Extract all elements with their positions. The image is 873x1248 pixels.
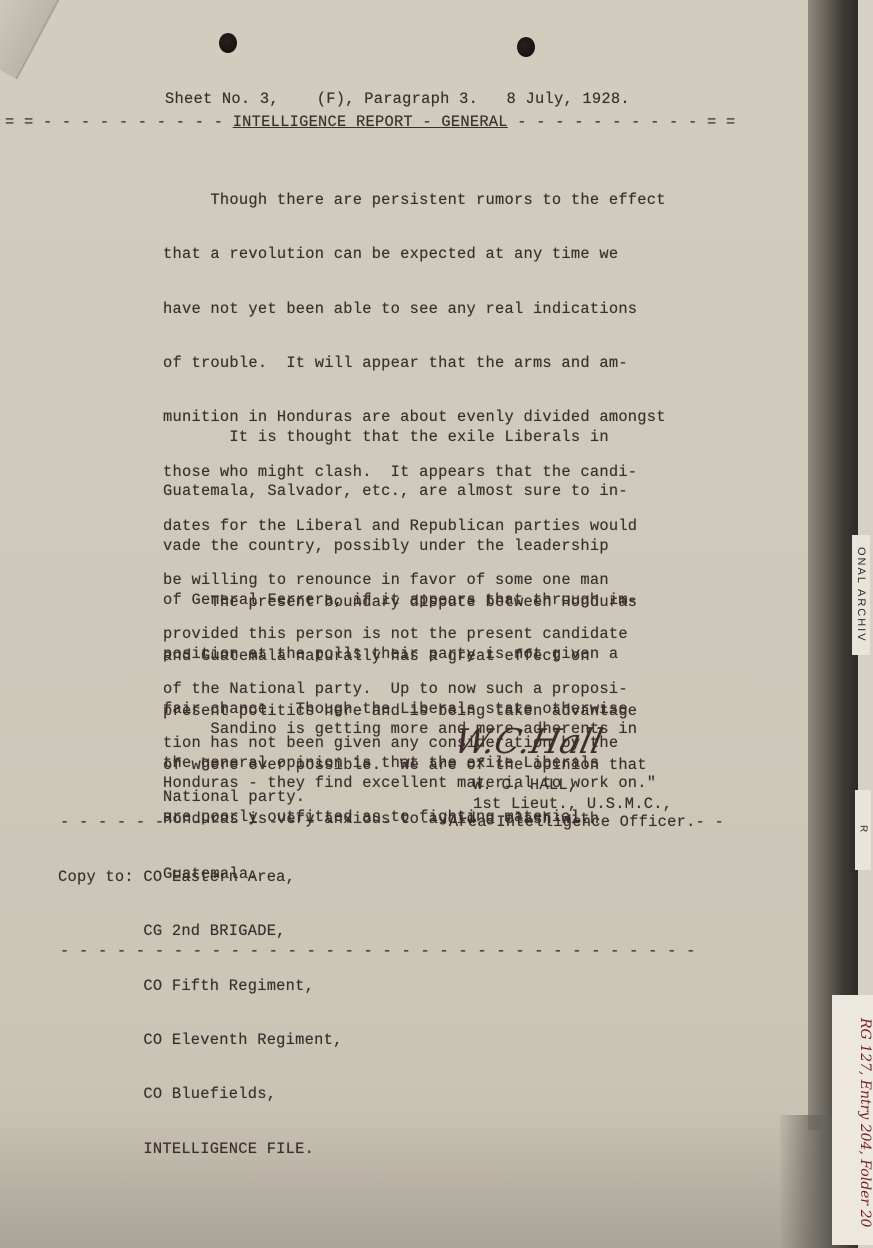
report-title-row: = = - - - - - - - - - - INTELLIGENCE REP… (5, 113, 735, 131)
copy-recipient: CO Eleventh Regiment, (58, 1031, 343, 1049)
bottom-rule: - - - - - - - - - - - - - - - - - - - - … (60, 942, 696, 960)
archive-stamp-label: ONAL ARCHIV (852, 535, 870, 655)
binder-edge (808, 0, 858, 1130)
punch-hole-icon (219, 33, 237, 53)
text-line: Guatemala, Salvador, etc., are almost su… (163, 482, 637, 500)
archive-stamp-label-lower: R (855, 790, 871, 870)
page-fold (0, 0, 59, 79)
report-title: INTELLIGENCE REPORT - GENERAL (233, 113, 508, 131)
handwritten-signature: W.C.Hall (451, 722, 607, 762)
archive-citation-note: RG 127, Entry 204, Folder 20 (832, 995, 873, 1245)
section-ref: (F), Paragraph 3. (317, 90, 478, 108)
signatory-office: - - - - - - - - - - - - - - - - - - - - … (60, 813, 724, 831)
text-line: Honduras - they find excellent material … (163, 774, 656, 792)
text-line: that a revolution can be expected at any… (163, 245, 666, 263)
text-line: vade the country, possibly under the lea… (163, 537, 637, 555)
text-line: and Guatemala naturally has a great effe… (163, 647, 647, 665)
copy-recipient: CO Fifth Regiment, (58, 977, 343, 995)
title-rule-right: - - - - - - - - - - = = (517, 113, 735, 131)
text-line: The present boundary dispute between Hon… (163, 593, 647, 611)
report-date: 8 July, 1928. (507, 90, 630, 108)
signatory-rank: 1st Lieut., U.S.M.C., (473, 795, 672, 813)
text-line: have not yet been able to see any real i… (163, 300, 666, 318)
copy-recipient: INTELLIGENCE FILE. (58, 1140, 343, 1158)
title-rule-left: = = - - - - - - - - - - (5, 113, 223, 131)
copy-recipient: CO Bluefields, (58, 1085, 343, 1103)
sheet-header: Sheet No. 3, (F), Paragraph 3. 8 July, 1… (165, 90, 630, 108)
copy-to-list: Copy to: CO Eastern Area, CG 2nd BRIGADE… (58, 832, 343, 1194)
signatory-name: W. C. HALL, (473, 776, 577, 794)
punch-hole-icon (517, 37, 535, 57)
text-line: It is thought that the exile Liberals in (163, 428, 637, 446)
text-line: of trouble. It will appear that the arms… (163, 354, 666, 372)
copy-recipient: Copy to: CO Eastern Area, (58, 868, 343, 886)
sheet-number: Sheet No. 3, (165, 90, 279, 108)
copy-recipient: CG 2nd BRIGADE, (58, 922, 343, 940)
document-page: Sheet No. 3, (F), Paragraph 3. 8 July, 1… (0, 0, 873, 1248)
text-line: Though there are persistent rumors to th… (163, 191, 666, 209)
